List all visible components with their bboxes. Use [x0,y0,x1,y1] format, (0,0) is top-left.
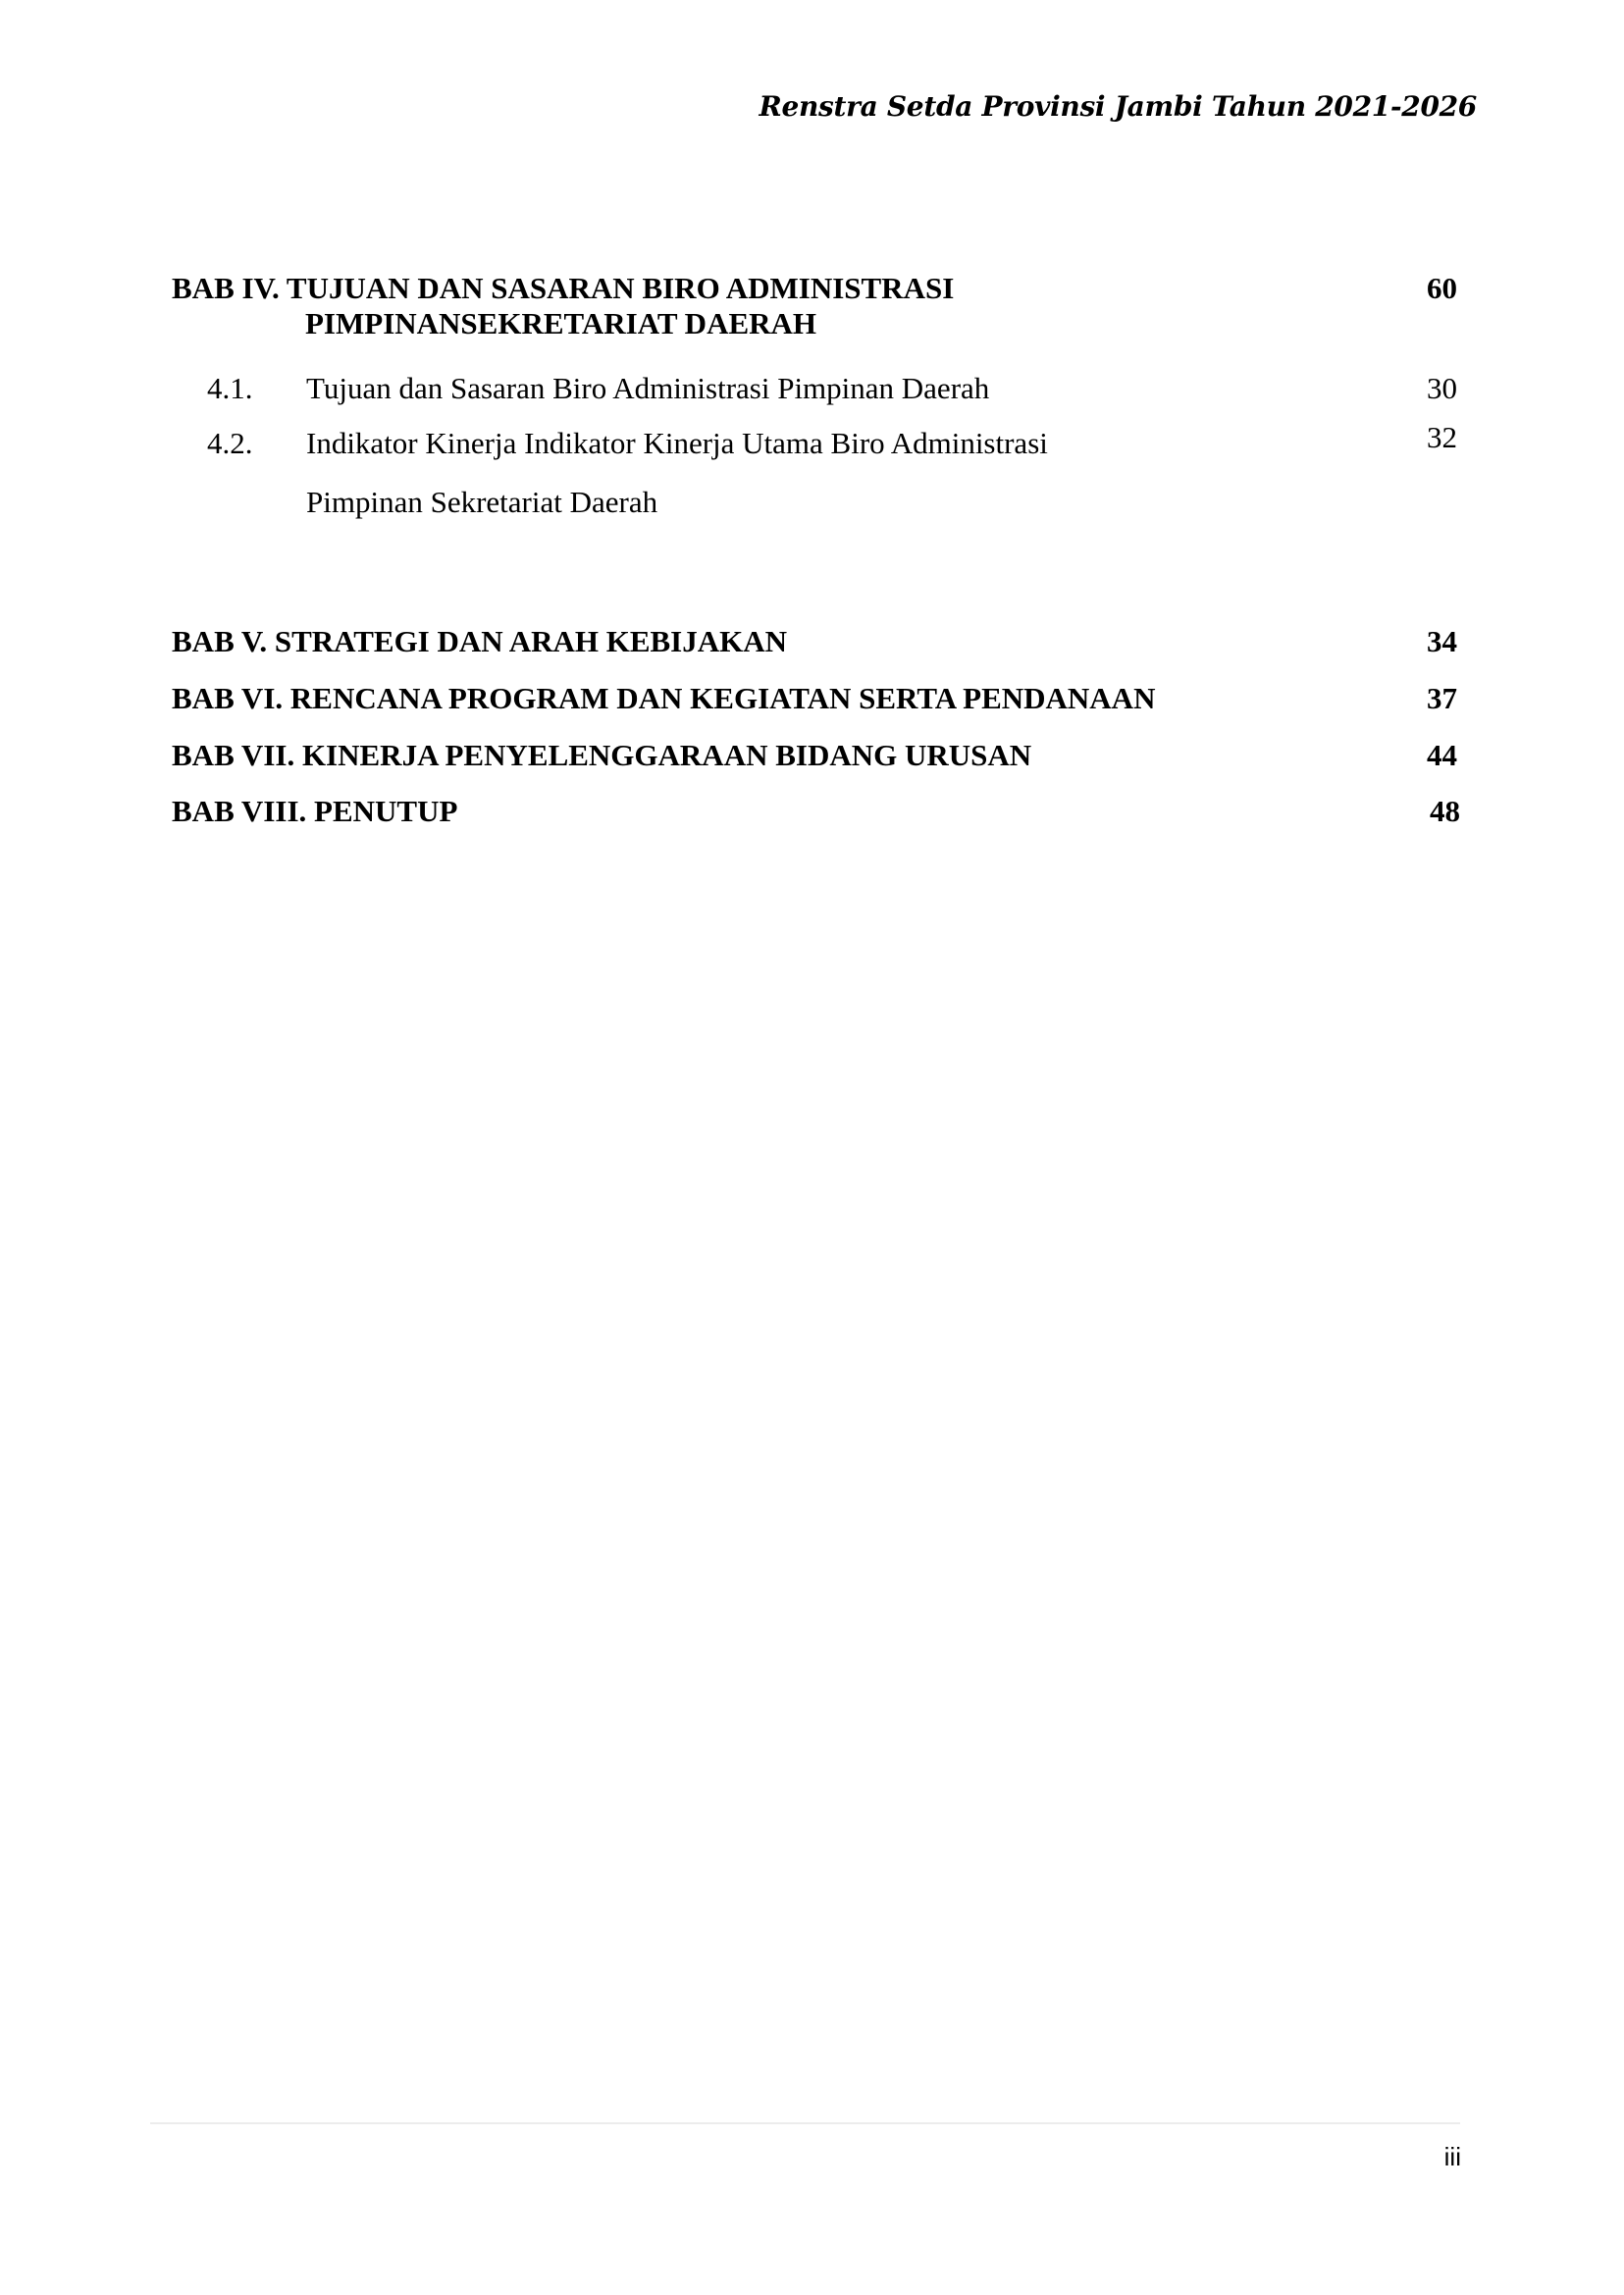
toc-chapter-title-line2: PIMPINANSEKRETARIAT DAERAH [172,306,954,341]
toc-chapter-title-line1: BAB IV. TUJUAN DAN SASARAN BIRO ADMINIST… [172,271,954,305]
toc-chapter-title: BAB V. STRATEGI DAN ARAH KEBIJAKAN [172,624,787,659]
running-header-title: Renstra Setda Provinsi Jambi Tahun 2021-… [760,90,1478,123]
toc-section-title: Tujuan dan Sasaran Biro Administrasi Pim… [306,359,1052,418]
toc-chapter-title: BAB VI. RENCANA PROGRAM DAN KEGIATAN SER… [172,681,1155,716]
toc-page-number: 34 [1427,624,1457,659]
toc-page-number: 32 [1427,408,1457,467]
toc-section-number: 4.2. [207,414,253,473]
toc-chapter-title: BAB VII. KINERJA PENYELENGGARAAN BIDANG … [172,738,1031,773]
toc-page-number: 60 [1427,271,1457,306]
toc-page-number: 37 [1427,681,1457,716]
toc-page-number: 44 [1427,738,1457,773]
footer-page-number: iii [1444,2142,1461,2171]
toc-chapter-title: BAB VIII. PENUTUP [172,794,457,829]
footer-divider [150,2122,1460,2124]
toc-section-title: Indikator Kinerja Indikator Kinerja Utam… [306,414,1052,532]
toc-page-number: 48 [1430,794,1460,829]
toc-section-number: 4.1. [207,359,253,418]
toc-chapter-title: BAB IV. TUJUAN DAN SASARAN BIRO ADMINIST… [172,271,954,341]
